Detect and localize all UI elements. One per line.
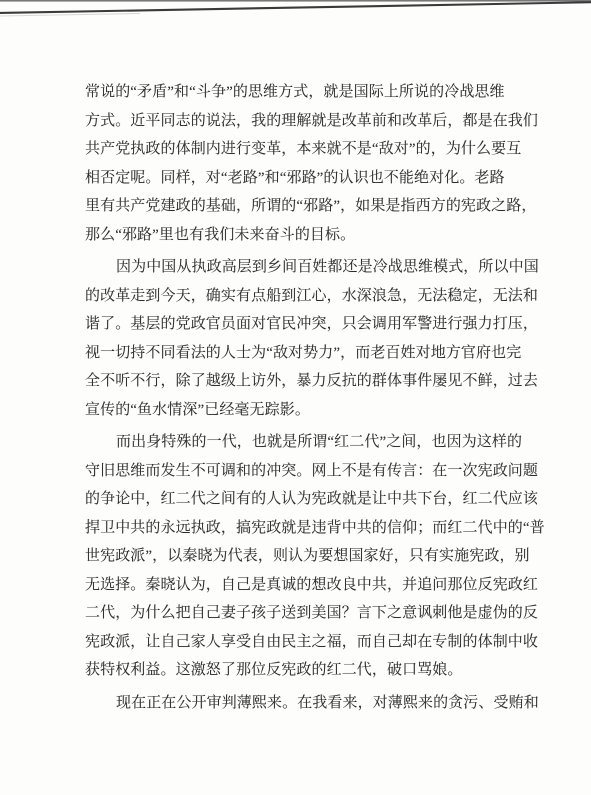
text-line-12: 宣传的“鱼水情深”已经毫无踪影。	[85, 396, 521, 425]
text-line-1: 常说的“矛盾”和“斗争”的思维方式，就是国际上所说的冷战思维	[85, 78, 521, 107]
text-line-17: 世宪政派”，以秦晓为代表，则认为要想国家好，只有实施宪政，别	[85, 542, 521, 571]
text-line-15: 的争论中，红二代之间有的人认为宪政就是让中共下台，红二代应该	[85, 485, 521, 514]
scan-artifact-line	[0, 0, 591, 22]
text-line-8: 的改革走到今天，确实有点船到江心，水深浪急，无法稳定，无法和	[85, 282, 521, 311]
text-line-18: 无选择。秦晓认为，自己是真诚的想改良中共，并追问那位反宪政红	[85, 571, 521, 600]
text-line-22: 现在正在公开审判薄熙来。在我看来，对薄熙来的贪污、受贿和	[85, 689, 521, 718]
text-line-3: 共产党执政的体制内进行变革，本来就不是“敌对”的，为什么要互	[85, 135, 521, 164]
text-line-11: 全不听不行，除了越级上访外，暴力反抗的群体事件屡见不鲜，过去	[85, 367, 521, 396]
text-line-9: 谐了。基层的党政官员面对官民冲突，只会调用军警进行强力打压，	[85, 310, 521, 339]
text-line-16: 捍卫中共的永远执政，搞宪政就是违背中共的信仰；而红二代中的“普	[85, 514, 521, 543]
text-line-13: 而出身特殊的一代，也就是所谓“红二代”之间，也因为这样的	[85, 428, 521, 457]
text-line-21: 获特权利益。这激怒了那位反宪政的红二代，破口骂娘。	[85, 656, 521, 685]
text-line-6: 那么“邪路”里也有我们未来奋斗的目标。	[85, 221, 521, 250]
text-line-7: 因为中国从执政高层到乡间百姓都还是冷战思维模式，所以中国	[85, 253, 521, 282]
text-line-5: 里有共产党建政的基础，所谓的“邪路”，如果是指西方的宪政之路，	[85, 192, 521, 221]
text-line-2: 方式。近平同志的说法，我的理解就是改革前和改革后，都是在我们	[85, 107, 521, 136]
scan-artifact-diagonal	[0, 2, 591, 13]
scanned-page: 常说的“矛盾”和“斗争”的思维方式，就是国际上所说的冷战思维方式。近平同志的说法…	[0, 0, 591, 795]
text-line-20: 宪政派，让自己家人享受自由民主之福，而自己却在专制的体制中收	[85, 628, 521, 657]
scan-artifact-shadow	[0, 14, 140, 17]
document-text: 常说的“矛盾”和“斗争”的思维方式，就是国际上所说的冷战思维方式。近平同志的说法…	[85, 78, 521, 717]
text-line-4: 相否定呢。同样，对“老路”和“邪路”的认识也不能绝对化。老路	[85, 164, 521, 193]
text-line-10: 视一切持不同看法的人士为“敌对势力”，而老百姓对地方官府也完	[85, 339, 521, 368]
text-line-19: 二代，为什么把自己妻子孩子送到美国？言下之意讽刺他是虚伪的反	[85, 599, 521, 628]
text-line-14: 守旧思维而发生不可调和的冲突。网上不是有传言：在一次宪政问题	[85, 457, 521, 486]
